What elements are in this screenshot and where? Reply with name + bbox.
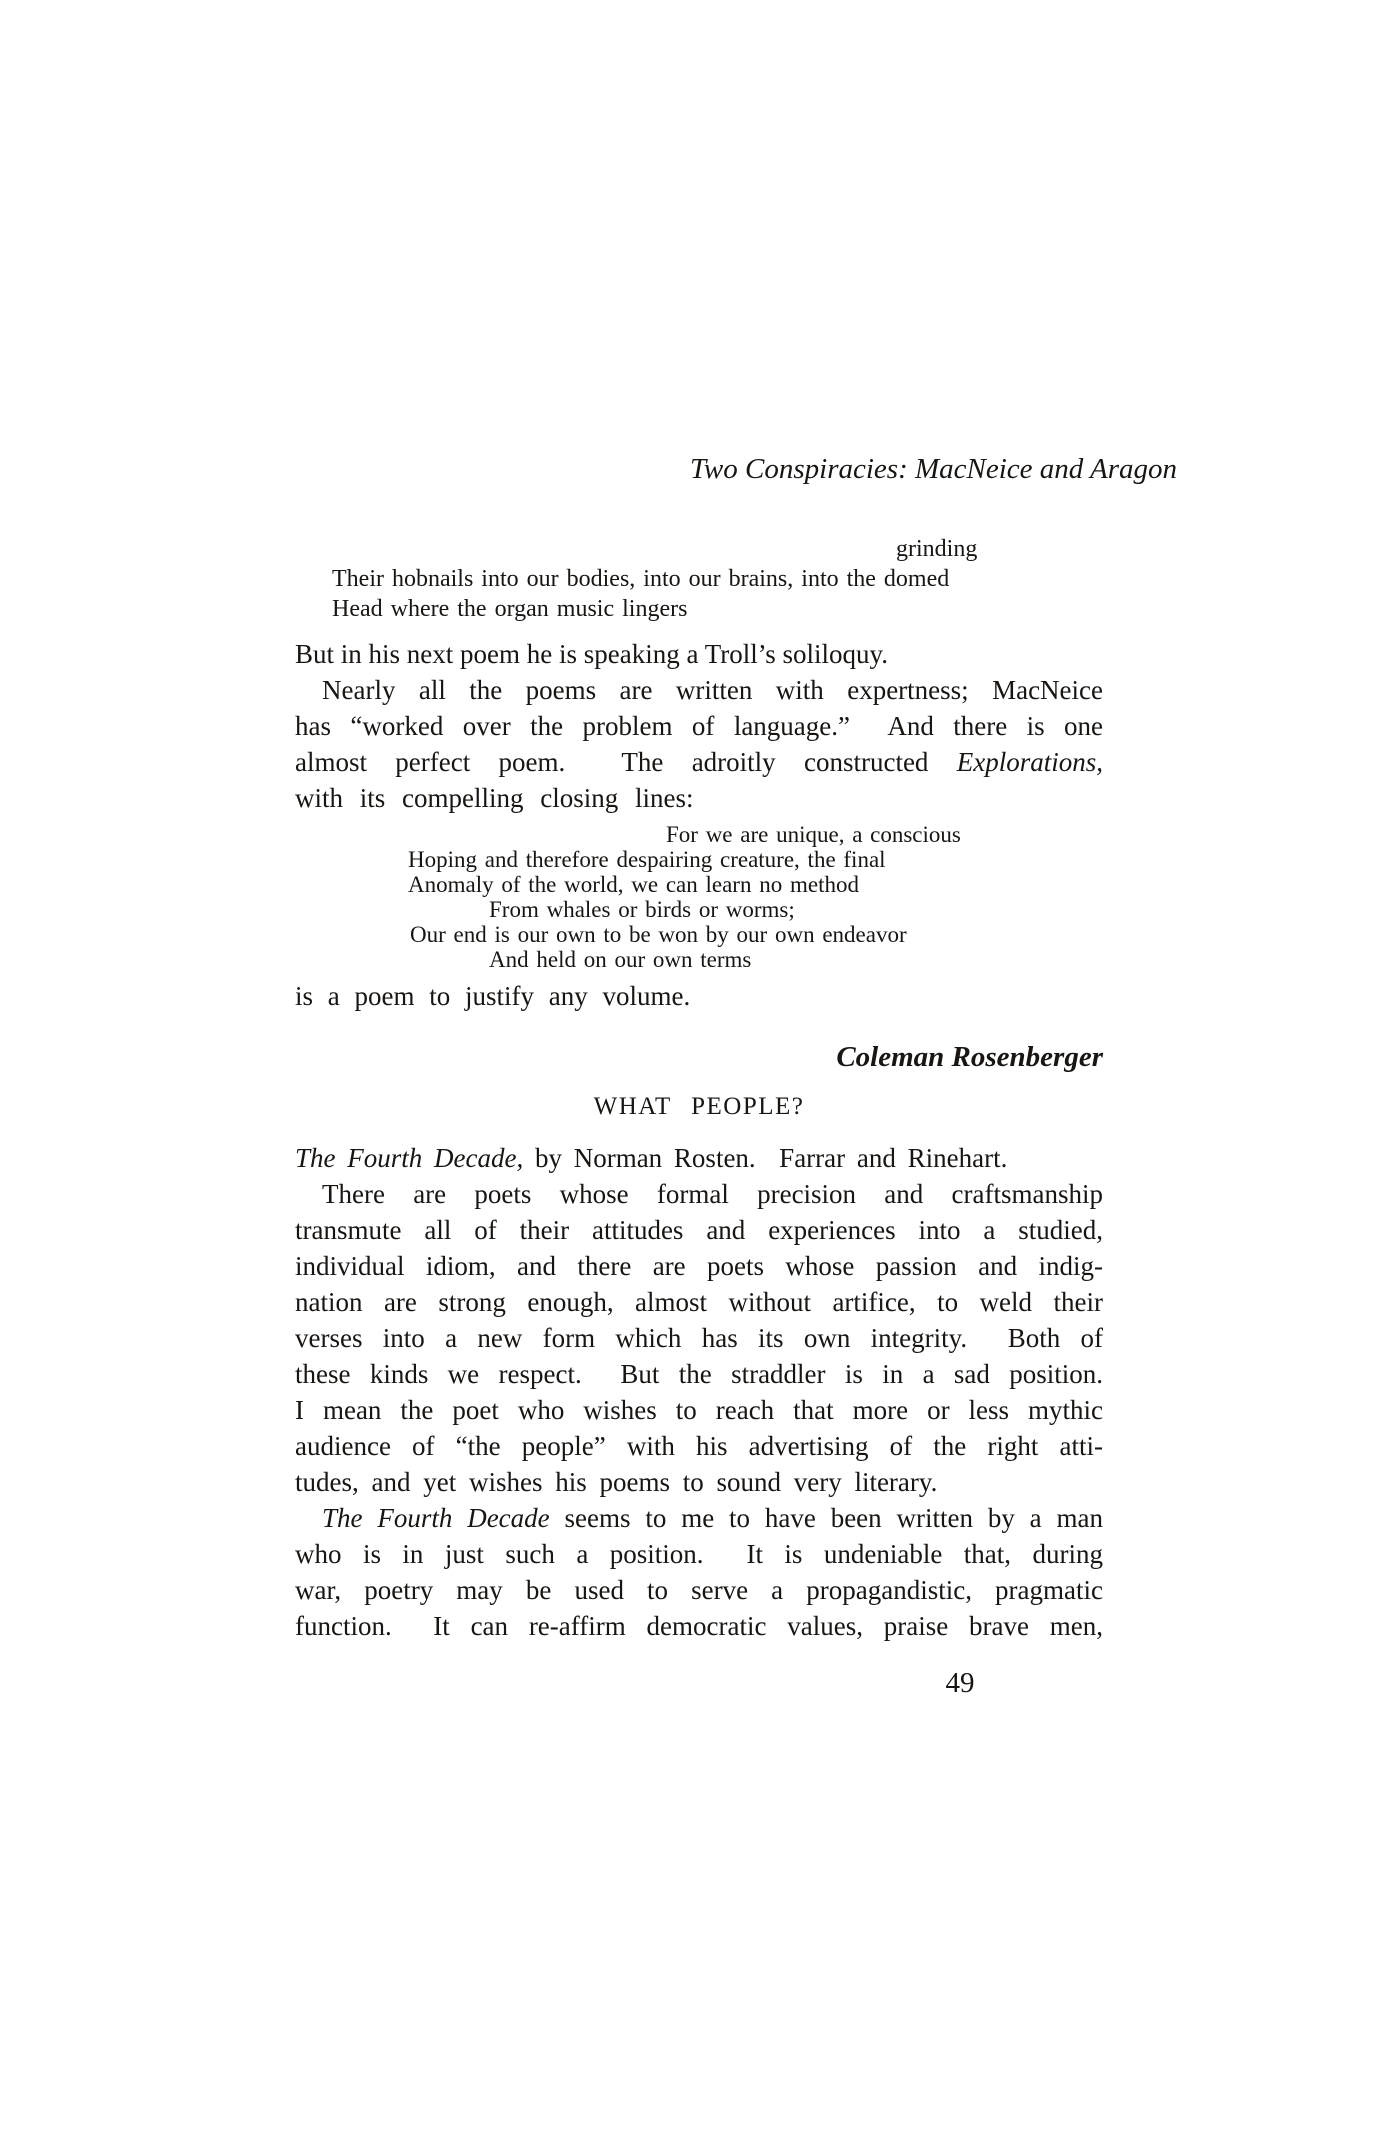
text-line: grinding: [896, 534, 1092, 564]
text-segment: Anomaly of the world, we can learn no me…: [408, 872, 859, 897]
text-segment: I mean the poet who wishes to reach that…: [295, 1395, 1103, 1425]
italic-text-segment: The Fourth Decade,: [295, 1143, 523, 1173]
text-line: has “worked over the problem of language…: [295, 708, 1103, 744]
text-segment: For we are unique, a conscious: [666, 822, 961, 847]
text-segment: who is in just such a position. It is un…: [295, 1539, 1103, 1569]
text-line: transmute all of their attitudes and exp…: [295, 1212, 1103, 1248]
text-line: who is in just such a position. It is un…: [295, 1536, 1103, 1572]
text-line: audience of “the people” with his advert…: [295, 1428, 1103, 1464]
text-line: Our end is our own to be won by our own …: [410, 922, 1103, 947]
text-line: For we are unique, a conscious: [666, 822, 1103, 847]
book-page: Two Conspiracies: MacNeice and Aragon gr…: [0, 0, 1400, 2154]
review-macneice-closing-line: is a poem to justify any volume.: [295, 978, 1103, 1014]
text-segment: seems to me to have been written by a ma…: [550, 1503, 1103, 1533]
text-line: with its compelling closing lines:: [295, 780, 1103, 816]
text-line: Head where the organ music lingers: [332, 594, 1092, 624]
text-segment: is a poem to justify any volume.: [295, 981, 690, 1011]
page-number: 49: [895, 1666, 1025, 1700]
text-line: individual idiom, and there are poets wh…: [295, 1248, 1103, 1284]
text-line: From whales or birds or worms;: [489, 897, 1103, 922]
text-segment: war, poetry may be used to serve a propa…: [295, 1575, 1103, 1605]
text-segment: by Norman Rosten. Farrar and Rinehart.: [523, 1143, 1007, 1173]
text-segment: Their hobnails into our bodies, into our…: [332, 566, 949, 592]
text-line: The Fourth Decade seems to me to have be…: [295, 1500, 1103, 1536]
text-line: is a poem to justify any volume.: [295, 978, 1103, 1014]
text-line: war, poetry may be used to serve a propa…: [295, 1572, 1103, 1608]
text-segment: grinding: [896, 536, 977, 562]
text-segment: There are poets whose formal precision a…: [322, 1179, 1103, 1209]
text-line: Anomaly of the world, we can learn no me…: [408, 872, 1103, 897]
review-macneice-paragraph: But in his next poem he is speaking a Tr…: [295, 636, 1103, 816]
text-line: nation are strong enough, almost without…: [295, 1284, 1103, 1320]
text-segment: has “worked over the problem of language…: [295, 711, 1103, 741]
text-segment: function. It can re-affirm democratic va…: [295, 1611, 1103, 1641]
section-heading: WHAT PEOPLE?: [295, 1092, 1103, 1122]
text-line: verses into a new form which has its own…: [295, 1320, 1103, 1356]
verse-quote-hobnails: grindingTheir hobnails into our bodies, …: [332, 534, 1092, 624]
text-line: But in his next poem he is speaking a Tr…: [295, 636, 1103, 672]
text-segment: Nearly all the poems are written with ex…: [322, 675, 1103, 705]
italic-text-segment: Explorations,: [957, 747, 1103, 777]
text-segment: But in his next poem he is speaking a Tr…: [295, 639, 888, 669]
review-what-people-paragraphs: The Fourth Decade, by Norman Rosten. Far…: [295, 1140, 1103, 1644]
text-line: almost perfect poem. The adroitly constr…: [295, 744, 1103, 780]
text-segment: almost perfect poem. The adroitly constr…: [295, 747, 957, 777]
text-line: And held on our own terms: [489, 947, 1103, 972]
text-line: I mean the poet who wishes to reach that…: [295, 1392, 1103, 1428]
text-segment: these kinds we respect. But the straddle…: [295, 1359, 1103, 1389]
text-segment: audience of “the people” with his advert…: [295, 1431, 1103, 1461]
text-segment: And held on our own terms: [489, 947, 751, 972]
reviewer-signature: Coleman Rosenberger: [295, 1040, 1103, 1074]
text-segment: Hoping and therefore despairing creature…: [408, 847, 886, 872]
text-segment: with its compelling closing lines:: [295, 783, 693, 813]
text-line: these kinds we respect. But the straddle…: [295, 1356, 1103, 1392]
text-segment: tudes, and yet wishes his poems to sound…: [295, 1467, 937, 1497]
text-line: Hoping and therefore despairing creature…: [408, 847, 1103, 872]
text-segment: nation are strong enough, almost without…: [295, 1287, 1103, 1317]
text-line: The Fourth Decade, by Norman Rosten. Far…: [295, 1140, 1103, 1176]
text-segment: individual idiom, and there are poets wh…: [295, 1251, 1103, 1281]
text-line: There are poets whose formal precision a…: [295, 1176, 1103, 1212]
text-line: tudes, and yet wishes his poems to sound…: [295, 1464, 1103, 1500]
running-header: Two Conspiracies: MacNeice and Aragon: [295, 452, 1177, 486]
text-segment: verses into a new form which has its own…: [295, 1323, 1103, 1353]
text-line: Nearly all the poems are written with ex…: [295, 672, 1103, 708]
text-segment: From whales or birds or worms;: [489, 897, 795, 922]
text-line: Their hobnails into our bodies, into our…: [332, 564, 1092, 594]
verse-quote-explorations: For we are unique, a consciousHoping and…: [295, 822, 1103, 972]
text-segment: transmute all of their attitudes and exp…: [295, 1215, 1103, 1245]
text-segment: Our end is our own to be won by our own …: [410, 922, 907, 947]
text-segment: Head where the organ music lingers: [332, 596, 687, 622]
text-line: function. It can re-affirm democratic va…: [295, 1608, 1103, 1644]
italic-text-segment: The Fourth Decade: [322, 1503, 550, 1533]
